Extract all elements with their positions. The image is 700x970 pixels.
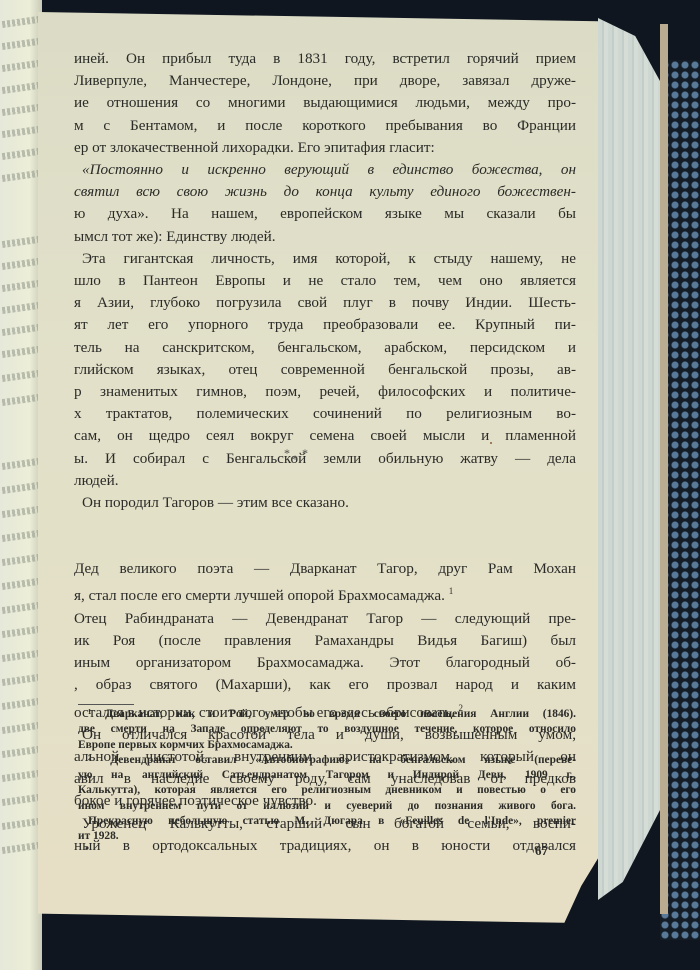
footnote-line: ² Девендранат оставил «Автобиографию» на… (78, 753, 576, 768)
text-line: Эта гигантская личность, имя которой, к … (74, 248, 576, 270)
ghost-text-line (2, 147, 42, 160)
section-gap (74, 514, 576, 558)
ghost-text-line (2, 745, 42, 758)
text-line: людей. (74, 470, 576, 492)
ghost-text-line (2, 577, 42, 590)
text-line: Дед великого поэта — Дварканат Тагор, др… (74, 558, 576, 580)
ghost-text-line (2, 481, 42, 494)
ghost-text-line (2, 257, 42, 270)
footnote-rule (78, 704, 134, 705)
text-line: ы. И собирал с Бенгальской земли обильну… (74, 448, 576, 470)
ghost-text-line (2, 345, 42, 358)
ghost-text-line (2, 529, 42, 542)
footnote-line: ином внутреннем пути от иллюзий и суевер… (78, 799, 576, 814)
text-line: Он породил Тагоров — этим все сказано. (74, 492, 576, 514)
epitaph-line: святил всю свою жизнь до конца культу ед… (74, 181, 576, 203)
ghost-text-line (2, 369, 42, 382)
text-line: ер от злокачественной лихорадки. Его эпи… (74, 137, 576, 159)
text-line: иным организатором Брахмосамаджа. Этот б… (74, 652, 576, 674)
footnotes: ¹ Дварканат, как и Рой, умер во время св… (78, 707, 576, 845)
book-page: иней. Он прибыл туда в 1831 году, встрет… (38, 12, 598, 932)
section-separator: * * * (284, 446, 324, 466)
ghost-text-line (2, 649, 42, 662)
text-line: ят лет его упорного труда преобразовали … (74, 314, 576, 336)
footnote-line: Калькутта), которая является его религио… (78, 783, 576, 798)
text-line: р знаменитых гимнов, поэм, речей, филосо… (74, 381, 576, 403)
footnote-line: две смерти на Западе определяют то возду… (78, 722, 576, 737)
text-line: Отец Рабиндраната — Девендранат Тагор — … (74, 608, 576, 630)
ghost-text-line (2, 125, 42, 138)
ghost-text-line (2, 37, 42, 50)
text-line: иней. Он прибыл туда в 1831 году, встрет… (74, 48, 576, 70)
footnote-line: ую на английский Сатьендранатом Тагором … (78, 768, 576, 783)
asterisk-icon: * (284, 446, 290, 461)
ghost-text-line (2, 841, 42, 854)
text-line: х трактатов, полемических сочинений по р… (74, 403, 576, 425)
footnote-line: Прекрасную небольшую статью М. Дюгара в … (78, 814, 576, 829)
text-line: ие отношения со многими выдающимися людь… (74, 92, 576, 114)
text-line: м с Бентамом, и после короткого пребыван… (74, 115, 576, 137)
ghost-text-line (2, 769, 42, 782)
ghost-text-line (2, 279, 42, 292)
page-number: 67 (535, 843, 548, 859)
text-line-content: я, стал после его смерти лучшей опорой Б… (74, 588, 445, 605)
print-mark: • (85, 844, 89, 855)
text-line: ик Роя (после правления Рамахандры Видья… (74, 630, 576, 652)
text-line: сам, он щедро сеял вокруг семена своей м… (74, 425, 576, 447)
page-block-edge (598, 18, 660, 918)
ghost-text-line (2, 697, 42, 710)
ghost-text-line (2, 673, 42, 686)
footnote-line: Европе первых кормчих Брахмосамаджа. (78, 738, 576, 753)
asterisk-icon: * (292, 452, 298, 467)
text-line: Ливерпуле, Манчестере, Лондоне, при двор… (74, 70, 576, 92)
ghost-text-line (2, 601, 42, 614)
asterisk-icon: * (302, 446, 308, 461)
ghost-text-line (2, 625, 42, 638)
ghost-text-line (2, 457, 42, 470)
ghost-text-line (2, 393, 42, 406)
book-cover-edge (660, 24, 668, 914)
footnote-line: ¹ Дварканат, как и Рой, умер во время св… (78, 707, 576, 722)
text-line: шло в Пантеон Европы и не стало тем, чем… (74, 270, 576, 292)
epitaph-line: «Постоянно и искренно верующий в единств… (74, 159, 576, 181)
footnote-ref: 1 (449, 586, 454, 596)
left-page-edge (0, 0, 42, 970)
footnote-line: ит 1928. (78, 829, 576, 844)
ghost-text-line (2, 103, 42, 116)
ink-speck (490, 442, 492, 444)
ghost-text-line (2, 301, 42, 314)
text-line: тель на санскритском, бенгальском, арабс… (74, 337, 576, 359)
ghost-text-line (2, 235, 42, 248)
text-line: глийском языках, отец современной бенгал… (74, 359, 576, 381)
ghost-text-line (2, 81, 42, 94)
text-line: я, стал после его смерти лучшей опорой Б… (74, 580, 576, 607)
text-line: ю духа». На нашем, европейском языке мы … (74, 203, 576, 225)
ghost-text-line (2, 505, 42, 518)
ghost-text-line (2, 15, 42, 28)
ghost-text-line (2, 721, 42, 734)
text-line: , образ святого (Махарши), как его прозв… (74, 674, 576, 696)
ghost-text-line (2, 323, 42, 336)
ghost-text-line (2, 169, 42, 182)
ghost-text-line (2, 793, 42, 806)
text-line: ымсл тот же): Единству людей. (74, 226, 576, 248)
ghost-text-line (2, 553, 42, 566)
ghost-text-line (2, 817, 42, 830)
text-line: я Азии, глубоко погрузила свой плуг в по… (74, 292, 576, 314)
ghost-text-line (2, 59, 42, 72)
